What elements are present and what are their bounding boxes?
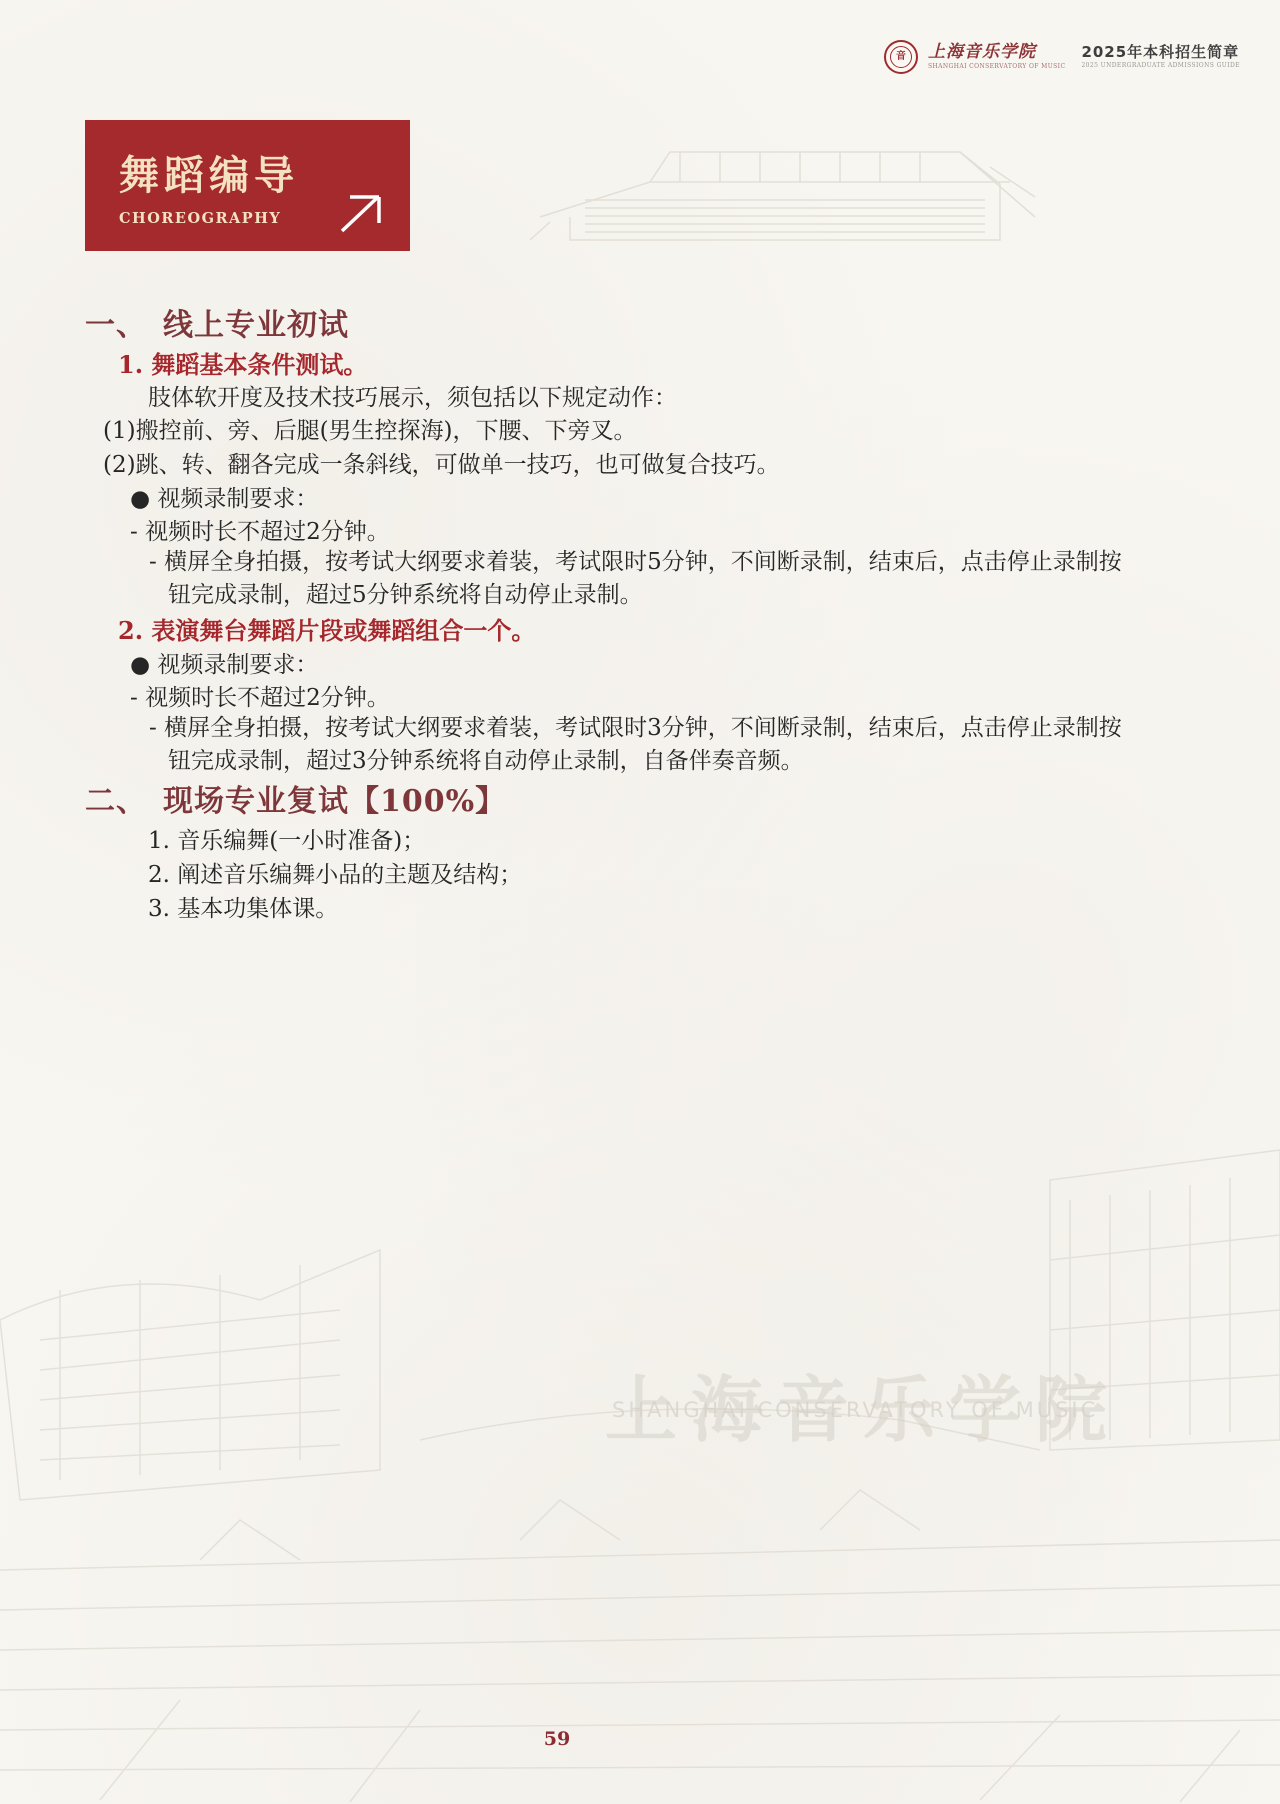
school-seal-logo: 音 [884,40,918,74]
major-title-cn: 舞蹈编导 [119,144,299,201]
school-name-block: 上海音乐学院 SHANGHAI CONSERVATORY OF MUSIC [928,43,1065,70]
page-header: 音 上海音乐学院 SHANGHAI CONSERVATORY OF MUSIC … [884,40,1240,74]
section1-item2: 2. 表演舞台舞蹈片段或舞蹈组合一个。 [118,611,535,646]
building-sketch-top [530,122,1040,247]
page-number: 59 [535,1728,579,1750]
arrow-up-right-icon [338,189,384,235]
section1-bullet2: ● 视频录制要求： [130,646,318,679]
watermark-caption: SHANGHAI CONSERVATORY OF MUSIC [612,1398,1098,1422]
section2-item3: 3. 基本功集体课。 [148,890,338,923]
section1-item1: 1. 舞蹈基本条件测试。 [118,345,367,380]
section1-dash3: - 视频时长不超过2分钟。 [130,679,390,712]
section2-item1: 1. 音乐编舞(一小时准备)； [148,822,425,855]
brochure-subtitle: 2025 UNDERGRADUATE ADMISSIONS GUIDE [1081,63,1240,70]
school-name-cn: 上海音乐学院 [928,43,1065,62]
brochure-page: 音 上海音乐学院 SHANGHAI CONSERVATORY OF MUSIC … [0,0,1280,1804]
major-title-en: CHOREOGRAPHY [119,210,281,227]
section2-item2: 2. 阐述音乐编舞小品的主题及结构； [148,856,522,889]
section1-dash2: - 横屏全身拍摄，按考试大纲要求着装，考试限时5分钟，不间断录制，结束后，点击停… [149,546,1143,612]
section1-heading: 一、 线上专业初试 [85,300,349,344]
section1-dash1: - 视频时长不超过2分钟。 [130,513,390,546]
brochure-title: 2025年本科招生简章 [1081,44,1240,61]
section2-heading: 二、 现场专业复试【100%】 [85,776,506,820]
section1-req1: (1)搬控前、旁、后腿(男生控探海)，下腰、下旁叉。 [103,412,637,445]
section-title-card: 舞蹈编导 CHOREOGRAPHY [85,120,410,251]
school-name-en: SHANGHAI CONSERVATORY OF MUSIC [928,64,1065,71]
section1-bullet1: ● 视频录制要求： [130,480,318,513]
section1-intro: 肢体软开度及技术技巧展示，须包括以下规定动作： [148,379,677,412]
brochure-title-block: 2025年本科招生简章 2025 UNDERGRADUATE ADMISSION… [1081,44,1240,70]
section1-dash4: - 横屏全身拍摄，按考试大纲要求着装，考试限时3分钟，不间断录制，结束后，点击停… [149,712,1143,778]
campus-sketch-bottom [0,1140,1280,1804]
seal-glyph: 音 [890,46,912,68]
section1-req2: (2)跳、转、翻各完成一条斜线，可做单一技巧，也可做复合技巧。 [103,446,780,479]
